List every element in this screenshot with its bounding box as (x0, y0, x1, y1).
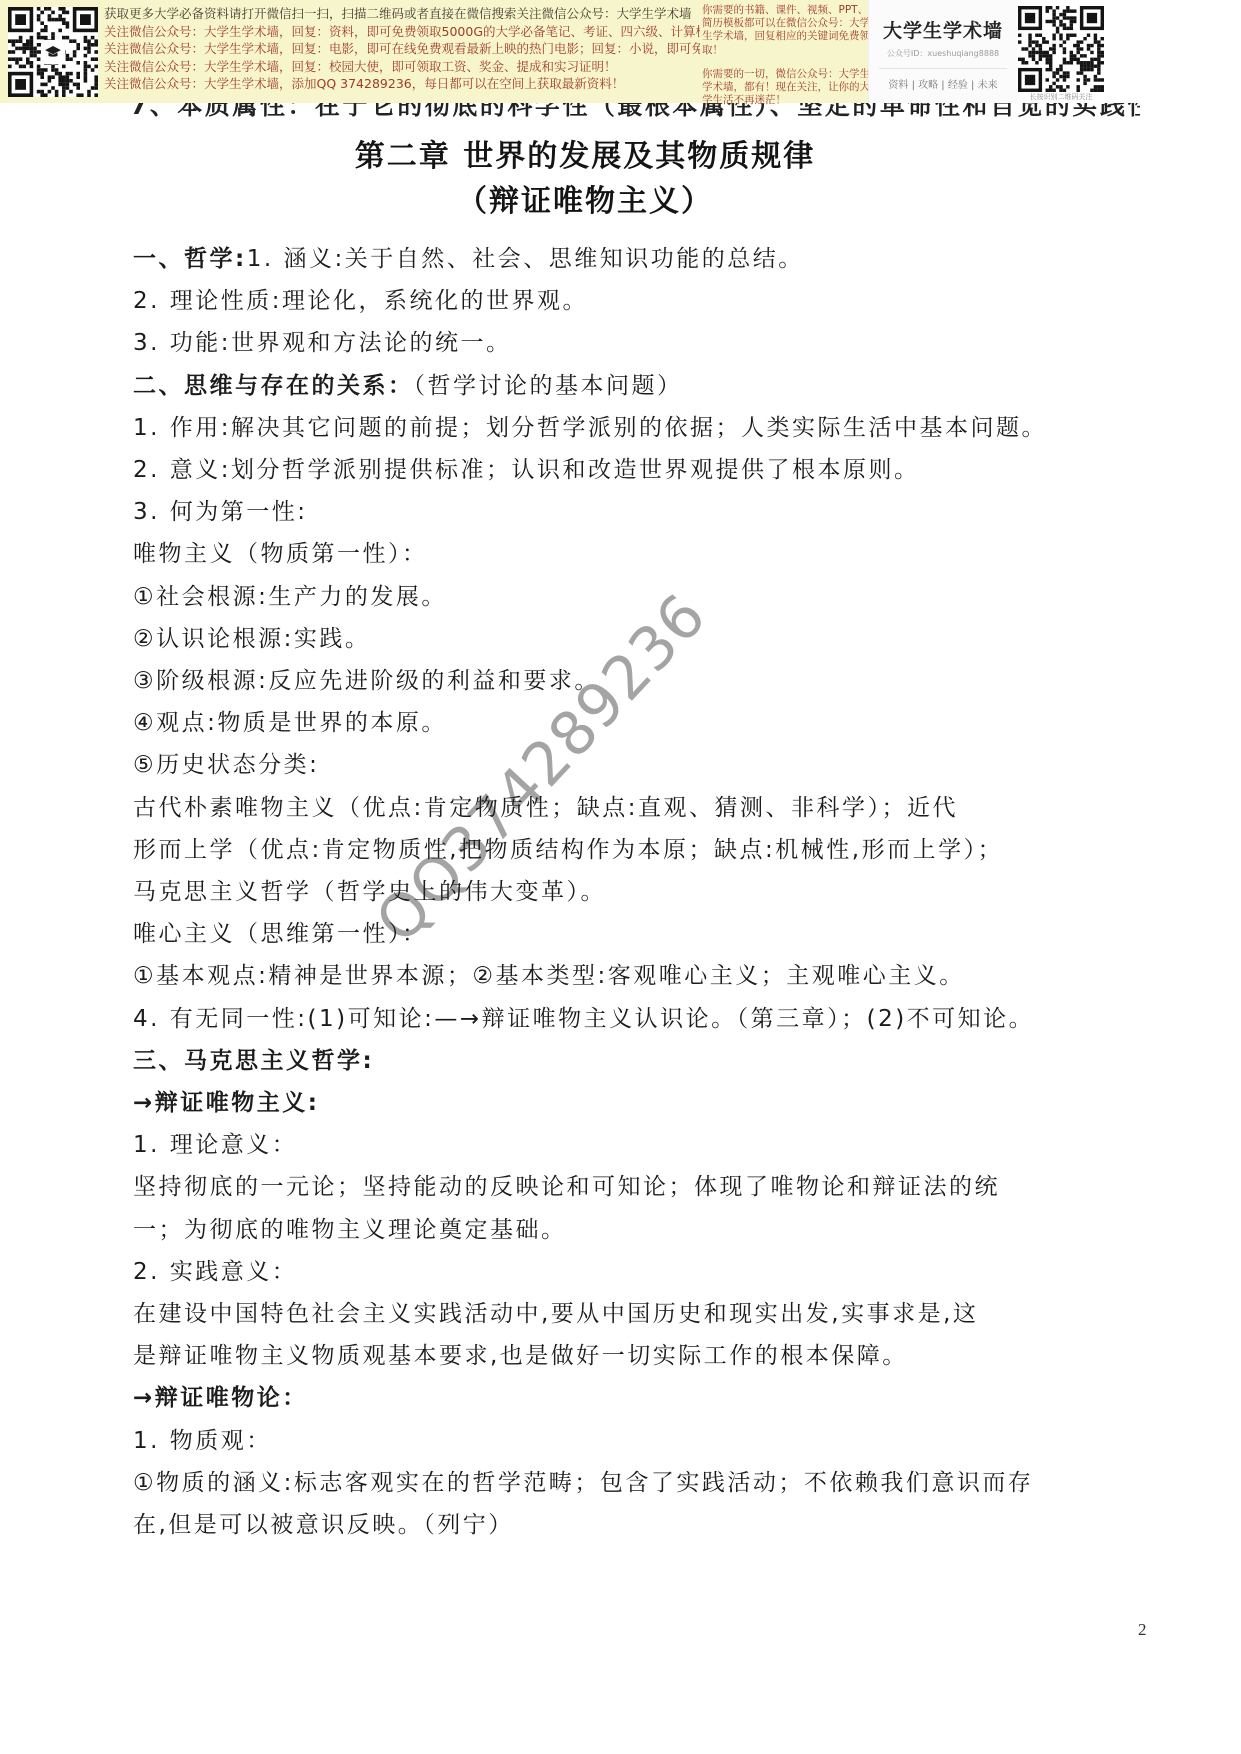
note-line: 形而上学（优点:肯定物质性,把物质结构作为本原；缺点:机械性,形而上学）； (133, 829, 1123, 871)
card-divider (879, 68, 1007, 69)
note-line: 坚持彻底的一元论；坚持能动的反映论和可知论；体现了唯物论和辩证法的统 (133, 1166, 1123, 1208)
note-line: 唯物主义（物质第一性）： (133, 533, 1123, 575)
note-line: 2. 实践意义： (133, 1251, 1123, 1293)
banner-middle-notes: 你需要的书籍、课件、视频、PPT、简历模板都可以在微信公众号：大学生学术墙，回复… (702, 4, 870, 107)
page-number: 2 (1138, 1620, 1147, 1640)
chapter-title-line1: 第二章 世界的发展及其物质规律 (100, 134, 1070, 179)
notes-body: 一、哲学:1. 涵义:关于自然、社会、思维知识功能的总结。2. 理论性质:理论化… (133, 238, 1123, 1546)
note-line: 在建设中国特色社会主义实践活动中,要从中国历史和现实出发,实事求是,这 (133, 1293, 1123, 1335)
note-line: 2. 理论性质:理论化，系统化的世界观。 (133, 280, 1123, 322)
account-card: 大学生学术墙 公众号ID：xueshuqiang8888 资料 | 攻略 | 经… (868, 0, 1017, 103)
account-card-tags: 资料 | 攻略 | 经验 | 未来 (869, 76, 1017, 91)
note-line: 1. 物质观： (133, 1420, 1123, 1462)
banner-middle-note: 你需要的一切，微信公众号：大学生学术墙，都有！现在关注，让你的大学生活不再迷茫！ (702, 68, 870, 108)
graduation-cap-icon (41, 40, 65, 64)
chapter-title: 第二章 世界的发展及其物质规律 （辩证唯物主义） (100, 134, 1070, 224)
banner-line: 关注微信公众号：大学生学术墙，添加QQ 374289236，每日都可以在空间上获… (104, 75, 700, 93)
note-line: 唯心主义（思维第一性）： (133, 913, 1123, 955)
banner-text-block: 获取更多大学必备资料请打开微信扫一扫，扫描二维码或者直接在微信搜索关注微信公众号… (104, 5, 700, 93)
note-line: 3. 何为第一性: (133, 491, 1123, 533)
banner-middle-note: 你需要的书籍、课件、视频、PPT、简历模板都可以在微信公众号：大学生学术墙，回复… (702, 4, 870, 57)
note-line: 马克思主义哲学（哲学史上的伟大变革）。 (133, 871, 1123, 913)
note-line: ③阶级根源:反应先进阶级的利益和要求。 (133, 660, 1123, 702)
banner-line: 关注微信公众号：大学生学术墙，回复：电影，即可在线免费观看最新上映的热门电影；回… (104, 40, 700, 58)
note-line: 4. 有无同一性:(1)可知论:—→辩证唯物主义认识论。（第三章）；(2)不可知… (133, 998, 1123, 1040)
note-line: 一、哲学:1. 涵义:关于自然、社会、思维知识功能的总结。 (133, 238, 1123, 280)
chapter-title-line2: （辩证唯物主义） (100, 179, 1070, 224)
banner-line: 关注微信公众号：大学生学术墙，回复：资料，即可免费领取5000G的大学必备笔记、… (104, 23, 700, 41)
note-line: ①基本观点:精神是世界本源；②基本类型:客观唯心主义；主观唯心主义。 (133, 955, 1123, 997)
note-line: ⑤历史状态分类: (133, 744, 1123, 786)
note-line: →辩证唯物主义: (133, 1082, 1123, 1124)
note-line: 2. 意义:划分哲学派别提供标准；认识和改造世界观提供了根本原则。 (133, 449, 1123, 491)
note-line: ②认识论根源:实践。 (133, 618, 1123, 660)
note-line: 一；为彻底的唯物主义理论奠定基础。 (133, 1209, 1123, 1251)
note-line: ①社会根源:生产力的发展。 (133, 576, 1123, 618)
note-line: 古代朴素唯物主义（优点:肯定物质性；缺点:直观、猜测、非科学）；近代 (133, 787, 1123, 829)
document-page: 获取更多大学必备资料请打开微信扫一扫，扫描二维码或者直接在微信搜索关注微信公众号… (0, 0, 1241, 1754)
note-line: 1. 作用:解决其它问题的前提；划分哲学派别的依据；人类实际生活中基本问题。 (133, 407, 1123, 449)
note-line: 三、马克思主义哲学: (133, 1040, 1123, 1082)
promo-banner: 获取更多大学必备资料请打开微信扫一扫，扫描二维码或者直接在微信搜索关注微信公众号… (0, 0, 1241, 103)
note-line: 二、思维与存在的关系：（哲学讨论的基本问题） (133, 365, 1123, 407)
note-line: 是辩证唯物主义物质观基本要求,也是做好一切实际工作的根本保障。 (133, 1335, 1123, 1377)
occluded-text-line: 7、本质属性：在于它的彻底的科学性（最根本属性）、坚定的革命性和自觉的实践性。 (130, 102, 1140, 123)
note-line: 在,但是可以被意识反映。（列宁） (133, 1504, 1123, 1546)
note-line: 3. 功能:世界观和方法论的统一。 (133, 322, 1123, 364)
banner-line: 获取更多大学必备资料请打开微信扫一扫，扫描二维码或者直接在微信搜索关注微信公众号… (104, 5, 700, 23)
note-line: ④观点:物质是世界的本原。 (133, 702, 1123, 744)
qr-right-caption: 长按识别二维码关注 (1014, 92, 1108, 102)
note-line: →辩证唯物论： (133, 1377, 1123, 1419)
occluded-text: 7、本质属性：在于它的彻底的科学性（最根本属性）、坚定的革命性和自觉的实践性。 (130, 102, 1140, 122)
account-card-title: 大学生学术墙 (869, 16, 1017, 43)
note-line: 1. 理论意义： (133, 1124, 1123, 1166)
banner-line: 关注微信公众号：大学生学术墙，回复：校园大使，即可领取工资、奖金、提成和实习证明… (104, 58, 700, 76)
qr-code-right (1018, 6, 1104, 92)
note-line: ①物质的涵义:标志客观实在的哲学范畴；包含了实践活动；不依赖我们意识而存 (133, 1462, 1123, 1504)
account-card-id: 公众号ID：xueshuqiang8888 (869, 48, 1017, 59)
